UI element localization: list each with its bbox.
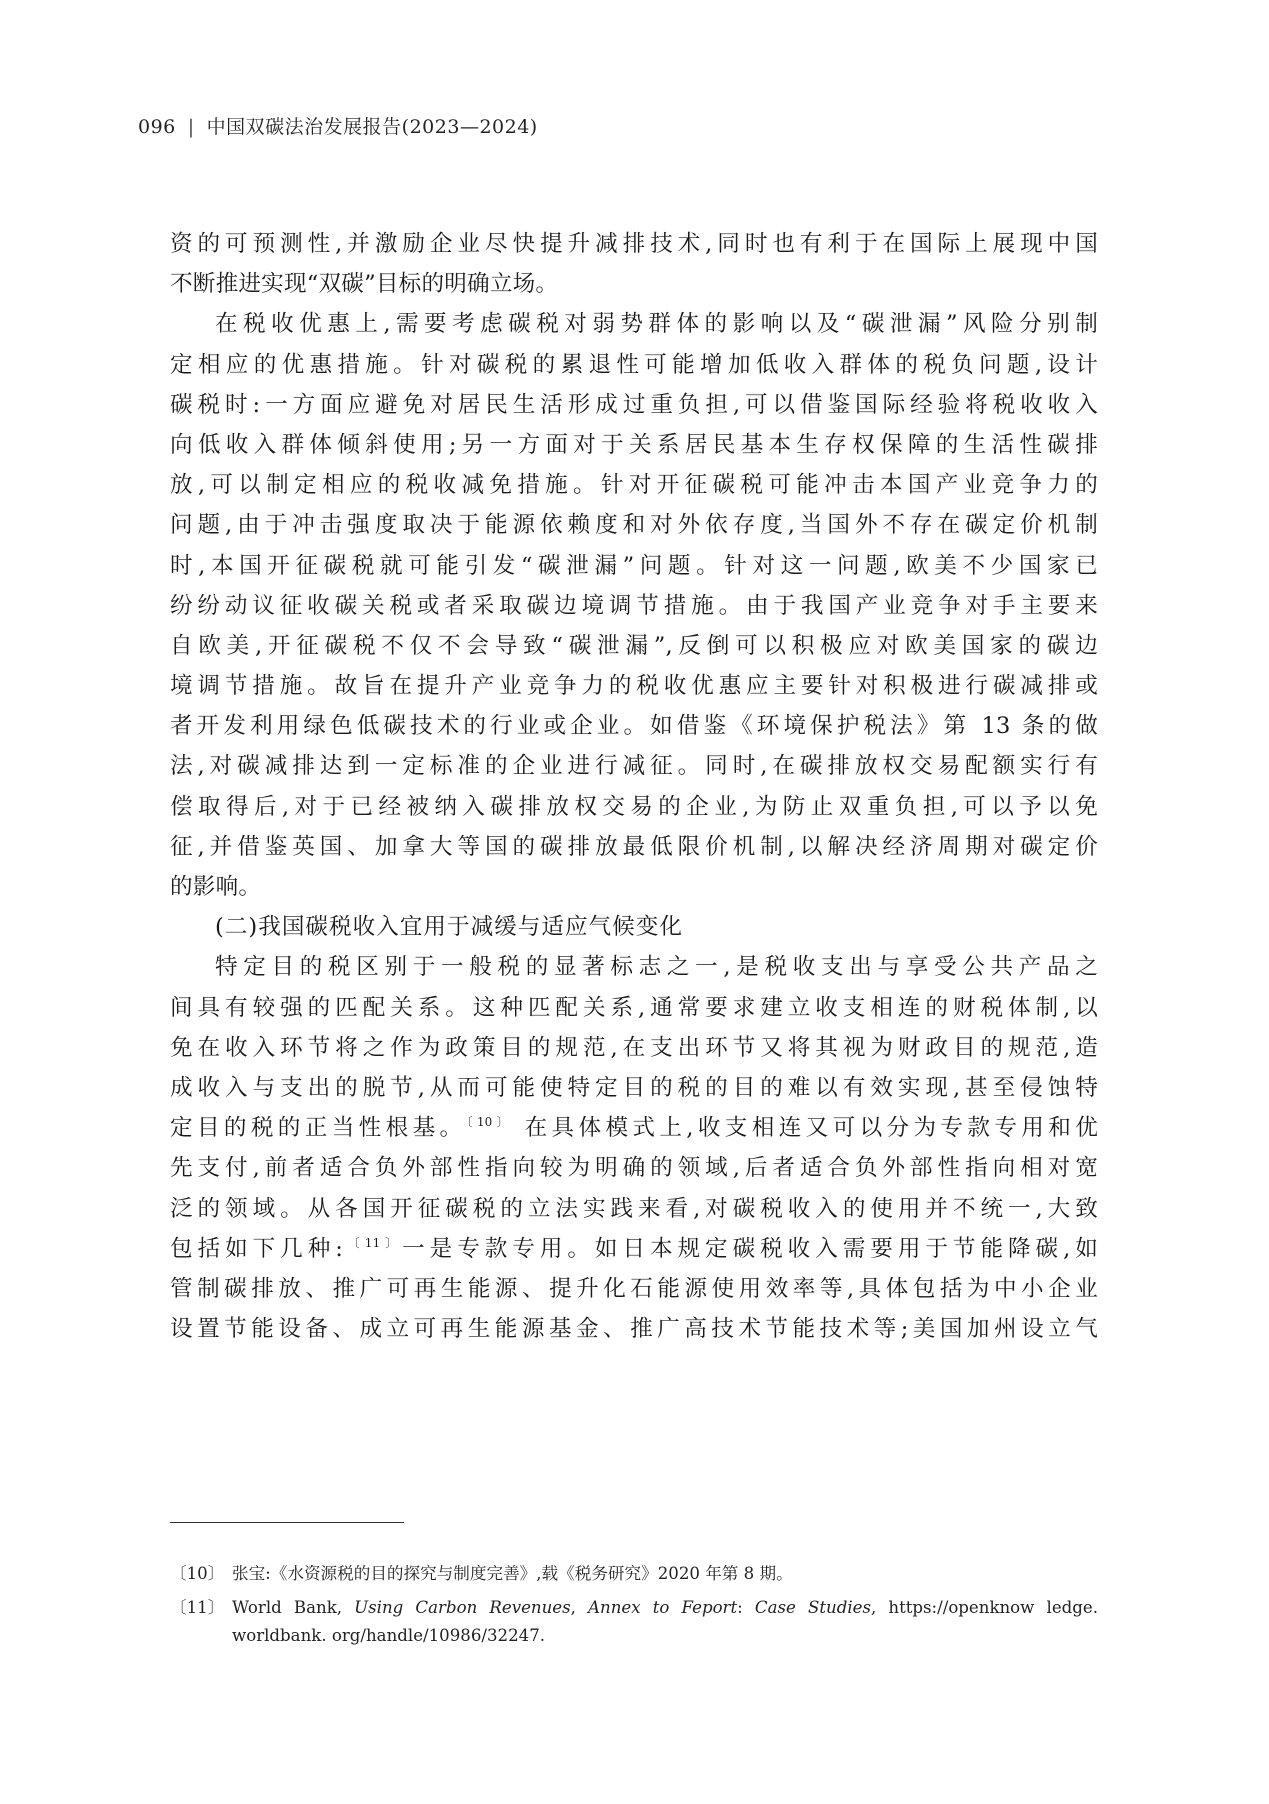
text-line: 先支付,前者适合负外部性指向较为明确的领域,后者适合负外部性指向相对宽 <box>170 1148 1098 1188</box>
citation-title: Case Studies <box>755 1598 871 1617</box>
citation-title: Annex to Feport <box>588 1598 737 1617</box>
paragraph-start: 特定目的税区别于一般税的显著标志之一,是税收支出与享受公共产品之 <box>170 947 1098 987</box>
text-line: 成收入与支出的脱节,从而可能使特定目的税的目的难以有效实现,甚至侵蚀特 <box>170 1068 1098 1108</box>
footnote-text: 张宝:《水资源税的目的探究与制度完善》,载《税务研究》2020 年第 8 期。 <box>232 1560 1098 1588</box>
text-segment: 在具体模式上,收支相连又可以分为专款专用和优 <box>525 1115 1098 1141</box>
text-segment: 一是专款专用。如日本规定碳税收入需要用于节能降碳,如 <box>402 1236 1098 1262</box>
text-line: 法,对碳减排达到一定标准的企业进行减征。同时,在碳排放权交易配额实行有 <box>170 746 1098 786</box>
footnote-divider <box>170 1522 404 1523</box>
text-line: 纷纷动议征收碳关税或者采取碳边境调节措施。由于我国产业竞争对手主要来 <box>170 586 1098 626</box>
text-line: 碳税时:一方面应避免对居民生活形成过重负担,可以借鉴国际经验将税收收入 <box>170 385 1098 425</box>
text-line: 定目的税的正当性根基。〔10〕 在具体模式上,收支相连又可以分为专款专用和优 <box>170 1108 1098 1148</box>
text-line: 设置节能设备、成立可再生能源基金、推广高技术节能技术等;美国加州设立气 <box>170 1309 1098 1349</box>
citation-punct: : <box>737 1598 755 1617</box>
footnote-number: 〔10〕 <box>170 1560 232 1588</box>
citation-punct: , <box>571 1598 588 1617</box>
text-line: 免在收入环节将之作为政策目的规范,在支出环节又将其视为财政目的规范,造 <box>170 1028 1098 1068</box>
text-line: 境调节措施。故旨在提升产业竞争力的税收优惠应主要针对积极进行碳减排或 <box>170 666 1098 706</box>
text-segment: 包括如下几种: <box>170 1236 343 1262</box>
book-title: 中国双碳法治发展报告(2023—2024) <box>207 116 538 138</box>
text-segment: 定目的税的正当性根基。 <box>170 1115 466 1141</box>
text-line: 泛的领域。从各国开征碳税的立法实践来看,对碳税收入的使用并不统一,大致 <box>170 1189 1098 1229</box>
citation-url[interactable]: worldbank. org/handle/10986/32247. <box>232 1626 545 1645</box>
citation-url[interactable]: , https://openknow ledge. <box>871 1598 1098 1617</box>
footnote-ref-10[interactable]: 〔10〕 <box>466 1115 513 1129</box>
running-header: 096|中国双碳法治发展报告(2023—2024) <box>138 112 538 139</box>
text-line: 管制碳排放、推广可再生能源、提升化石能源使用效率等,具体包括为中小企业 <box>170 1269 1098 1309</box>
header-separator: | <box>188 116 195 138</box>
footnote-line: worldbank. org/handle/10986/32247. <box>232 1622 1098 1650</box>
text-line: 的影响。 <box>170 867 1098 907</box>
text-line: 资的可预测性,并激励企业尽快提升减排技术,同时也有利于在国际上展现中国 <box>170 224 1098 264</box>
section-heading: (二)我国碳税收入宜用于减缓与适应气候变化 <box>170 907 1098 947</box>
text-line: 偿取得后,对于已经被纳入碳排放权交易的企业,为防止双重负担,可以予以免 <box>170 787 1098 827</box>
text-line: 者开发利用绿色低碳技术的行业或企业。如借鉴《环境保护税法》第 13 条的做 <box>170 706 1098 746</box>
text-line: 放,可以制定相应的税收减免措施。针对开征碳税可能冲击本国产业竞争力的 <box>170 465 1098 505</box>
footnote-10: 〔10〕 张宝:《水资源税的目的探究与制度完善》,载《税务研究》2020 年第 … <box>170 1560 1098 1588</box>
text-line: 征,并借鉴英国、加拿大等国的碳排放最低限价机制,以解决经济周期对碳定价 <box>170 827 1098 867</box>
text-line: 包括如下几种:〔11〕一是专款专用。如日本规定碳税收入需要用于节能降碳,如 <box>170 1229 1098 1269</box>
text-line: 不断推进实现“双碳”目标的明确立场。 <box>170 264 1098 304</box>
text-line: 自欧美,开征碳税不仅不会导致“碳泄漏”,反倒可以积极应对欧美国家的碳边 <box>170 626 1098 666</box>
text-line: 向低收入群体倾斜使用;另一方面对于关系居民基本生存权保障的生活性碳排 <box>170 425 1098 465</box>
footnote-number: 〔11〕 <box>170 1594 232 1650</box>
text-line: 间具有较强的匹配关系。这种匹配关系,通常要求建立收支相连的财税体制,以 <box>170 988 1098 1028</box>
citation-title: Using Carbon Revenues <box>354 1598 570 1617</box>
footnote-ref-11[interactable]: 〔11〕 <box>343 1236 402 1250</box>
footnote-text: World Bank, Using Carbon Revenues, Annex… <box>232 1594 1098 1650</box>
citation-author: World Bank, <box>232 1598 354 1617</box>
body-text: 资的可预测性,并激励企业尽快提升减排技术,同时也有利于在国际上展现中国 不断推进… <box>170 224 1098 1349</box>
page-number: 096 <box>138 116 176 138</box>
footnote-line: World Bank, Using Carbon Revenues, Annex… <box>232 1594 1098 1622</box>
text-line: 问题,由于冲击强度取决于能源依赖度和对外依存度,当国外不存在碳定价机制 <box>170 505 1098 545</box>
paragraph-start: 在税收优惠上,需要考虑碳税对弱势群体的影响以及“碳泄漏”风险分别制 <box>170 304 1098 344</box>
text-line: 时,本国开征碳税就可能引发“碳泄漏”问题。针对这一问题,欧美不少国家已 <box>170 546 1098 586</box>
footnote-11: 〔11〕 World Bank, Using Carbon Revenues, … <box>170 1594 1098 1650</box>
footnotes: 〔10〕 张宝:《水资源税的目的探究与制度完善》,载《税务研究》2020 年第 … <box>170 1560 1098 1650</box>
text-line: 定相应的优惠措施。针对碳税的累退性可能增加低收入群体的税负问题,设计 <box>170 345 1098 385</box>
